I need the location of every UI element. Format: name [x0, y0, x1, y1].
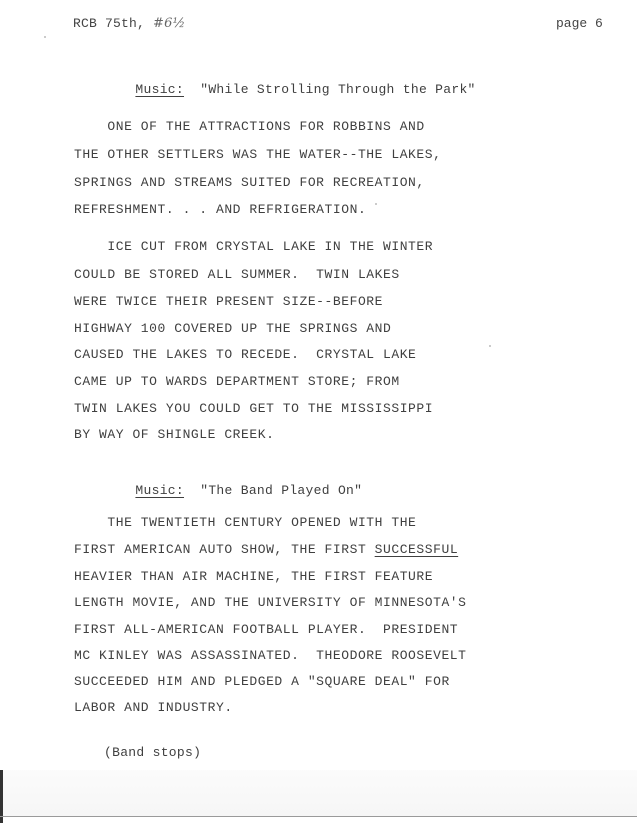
paragraph-line: SUCCEEDED HIM AND PLEDGED A "SQUARE DEAL… [74, 674, 450, 689]
scan-shadow [0, 770, 637, 816]
paragraph-line: REFRESHMENT. . . AND REFRIGERATION. [74, 202, 366, 217]
paragraph-line: CAUSED THE LAKES TO RECEDE. CRYSTAL LAKE [74, 347, 416, 362]
paragraph-line: MC KINLEY WAS ASSASSINATED. THEODORE ROO… [74, 648, 467, 663]
paragraph-line: LABOR AND INDUSTRY. [74, 700, 233, 715]
paragraph-line: COULD BE STORED ALL SUMMER. TWIN LAKES [74, 267, 400, 282]
page-number: page 6 [556, 16, 603, 31]
music-cue: Music: "The Band Played On" [103, 468, 362, 513]
scan-speck [375, 203, 377, 205]
paragraph-line: FIRST AMERICAN AUTO SHOW, THE FIRST SUCC… [74, 542, 458, 557]
handwritten-note: #6½ [153, 16, 185, 31]
emphasized-word: SUCCESSFUL [375, 542, 459, 557]
music-cue: Music: "While Strolling Through the Park… [103, 67, 476, 112]
paragraph-line: CAME UP TO WARDS DEPARTMENT STORE; FROM [74, 374, 400, 389]
page-bottom-edge [0, 816, 637, 817]
paragraph-line: BY WAY OF SHINGLE CREEK. [74, 427, 274, 442]
paragraph-line: THE TWENTIETH CENTURY OPENED WITH THE [74, 515, 416, 530]
music-cue-label: Music: [135, 82, 184, 97]
paragraph-line: TWIN LAKES YOU COULD GET TO THE MISSISSI… [74, 401, 433, 416]
paragraph-line: ICE CUT FROM CRYSTAL LAKE IN THE WINTER [74, 239, 433, 254]
paragraph-line: LENGTH MOVIE, AND THE UNIVERSITY OF MINN… [74, 595, 467, 610]
scan-speck [489, 345, 491, 347]
paragraph-line: HIGHWAY 100 COVERED UP THE SPRINGS AND [74, 321, 391, 336]
paragraph-line: ONE OF THE ATTRACTIONS FOR ROBBINS AND [74, 119, 425, 134]
doc-id: RCB 75th, [73, 16, 145, 31]
scan-speck [44, 36, 46, 38]
paragraph-line: SPRINGS AND STREAMS SUITED FOR RECREATIO… [74, 175, 425, 190]
document-page: RCB 75th, #6½ page 6 Music: "While Strol… [0, 0, 637, 823]
music-cue-title: "The Band Played On" [200, 483, 362, 498]
paragraph-line: HEAVIER THAN AIR MACHINE, THE FIRST FEAT… [74, 569, 433, 584]
paragraph-line: WERE TWICE THEIR PRESENT SIZE--BEFORE [74, 294, 383, 309]
music-cue-title: "While Strolling Through the Park" [200, 82, 475, 97]
stage-direction: (Band stops) [104, 745, 201, 760]
paragraph-line: FIRST ALL-AMERICAN FOOTBALL PLAYER. PRES… [74, 622, 458, 637]
paragraph-line-text: FIRST AMERICAN AUTO SHOW, THE FIRST [74, 542, 375, 557]
music-cue-label: Music: [135, 483, 184, 498]
document-header-id: RCB 75th, #6½ [73, 16, 185, 31]
paragraph-line: THE OTHER SETTLERS WAS THE WATER--THE LA… [74, 147, 441, 162]
